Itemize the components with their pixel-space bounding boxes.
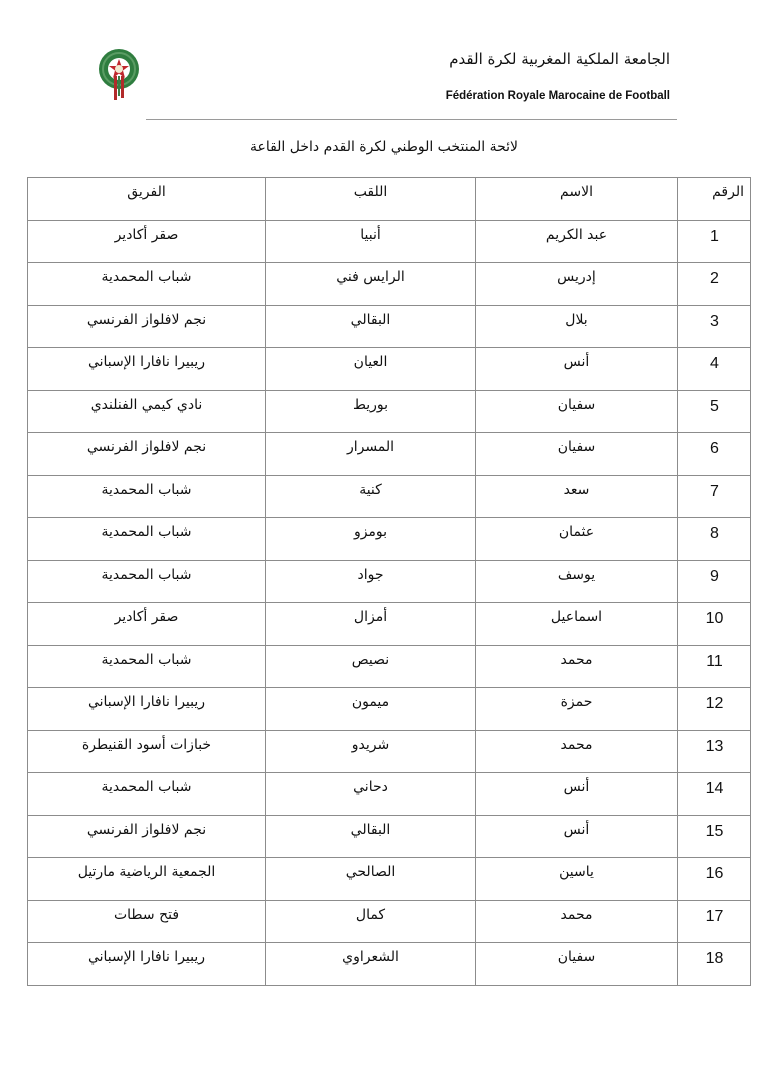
cell-number: 8	[678, 518, 751, 561]
cell-team: شباب المحمدية	[28, 645, 266, 688]
cell-first-name: عثمان	[476, 518, 678, 561]
cell-team: صقر أكادير	[28, 603, 266, 646]
cell-first-name: أنس	[476, 348, 678, 391]
cell-last-name: شريدو	[266, 730, 476, 773]
cell-last-name: الصالحي	[266, 858, 476, 901]
cell-number: 12	[678, 688, 751, 731]
cell-number: 13	[678, 730, 751, 773]
cell-number: 17	[678, 900, 751, 943]
cell-first-name: أنس	[476, 815, 678, 858]
cell-last-name: نصيص	[266, 645, 476, 688]
cell-first-name: سفيان	[476, 433, 678, 476]
cell-team: نجم لافلواز الفرنسي	[28, 305, 266, 348]
federation-name-arabic: الجامعة الملكية المغربية لكرة القدم	[449, 50, 670, 68]
cell-number: 1	[678, 220, 751, 263]
cell-number: 7	[678, 475, 751, 518]
cell-team: ريبيرا نافارا الإسباني	[28, 943, 266, 986]
cell-first-name: بلال	[476, 305, 678, 348]
table-row: 15أنسالبقالينجم لافلواز الفرنسي	[28, 815, 751, 858]
cell-number: 11	[678, 645, 751, 688]
cell-number: 9	[678, 560, 751, 603]
cell-team: شباب المحمدية	[28, 475, 266, 518]
cell-number: 15	[678, 815, 751, 858]
header-first-name: الاسم	[476, 178, 678, 221]
cell-team: الجمعية الرياضية مارتيل	[28, 858, 266, 901]
cell-first-name: ياسين	[476, 858, 678, 901]
table-row: 17محمدكمالفتح سطات	[28, 900, 751, 943]
cell-team: شباب المحمدية	[28, 518, 266, 561]
table-row: 6سفيانالمسرارنجم لافلواز الفرنسي	[28, 433, 751, 476]
cell-team: فتح سطات	[28, 900, 266, 943]
cell-number: 3	[678, 305, 751, 348]
table-row: 16ياسينالصالحيالجمعية الرياضية مارتيل	[28, 858, 751, 901]
cell-last-name: أنبيا	[266, 220, 476, 263]
table-row: 13محمدشريدوخبازات أسود القنيطرة	[28, 730, 751, 773]
table-row: 9يوسفجوادشباب المحمدية	[28, 560, 751, 603]
cell-first-name: اسماعيل	[476, 603, 678, 646]
cell-last-name: بومزو	[266, 518, 476, 561]
cell-team: نجم لافلواز الفرنسي	[28, 433, 266, 476]
cell-first-name: محمد	[476, 900, 678, 943]
table-row: 4أنسالعيانريبيرا نافارا الإسباني	[28, 348, 751, 391]
cell-first-name: سفيان	[476, 943, 678, 986]
cell-team: صقر أكادير	[28, 220, 266, 263]
cell-number: 6	[678, 433, 751, 476]
table-row: 1عبد الكريمأنبياصقر أكادير	[28, 220, 751, 263]
cell-last-name: المسرار	[266, 433, 476, 476]
cell-number: 4	[678, 348, 751, 391]
cell-team: نجم لافلواز الفرنسي	[28, 815, 266, 858]
cell-first-name: أنس	[476, 773, 678, 816]
cell-last-name: كنية	[266, 475, 476, 518]
table-row: 8عثمانبومزوشباب المحمدية	[28, 518, 751, 561]
table-row: 18سفيانالشعراويريبيرا نافارا الإسباني	[28, 943, 751, 986]
cell-last-name: كمال	[266, 900, 476, 943]
table-row: 7سعدكنيةشباب المحمدية	[28, 475, 751, 518]
header-team: الفريق	[28, 178, 266, 221]
table-row: 2إدريسالرايس فنيشباب المحمدية	[28, 263, 751, 306]
cell-first-name: إدريس	[476, 263, 678, 306]
cell-number: 5	[678, 390, 751, 433]
table-row: 14أنسدحانيشباب المحمدية	[28, 773, 751, 816]
cell-first-name: محمد	[476, 645, 678, 688]
cell-last-name: البقالي	[266, 305, 476, 348]
cell-last-name: الرايس فني	[266, 263, 476, 306]
cell-first-name: يوسف	[476, 560, 678, 603]
table-row: 11محمدنصيصشباب المحمدية	[28, 645, 751, 688]
cell-team: ريبيرا نافارا الإسباني	[28, 688, 266, 731]
federation-name-french: Fédération Royale Marocaine de Football	[446, 90, 670, 102]
cell-number: 2	[678, 263, 751, 306]
cell-number: 14	[678, 773, 751, 816]
cell-number: 10	[678, 603, 751, 646]
cell-team: شباب المحمدية	[28, 263, 266, 306]
cell-last-name: دحاني	[266, 773, 476, 816]
cell-first-name: عبد الكريم	[476, 220, 678, 263]
cell-first-name: حمزة	[476, 688, 678, 731]
document-title: لائحة المنتخب الوطني لكرة القدم داخل الق…	[0, 139, 768, 155]
cell-last-name: العيان	[266, 348, 476, 391]
cell-last-name: ميمون	[266, 688, 476, 731]
cell-last-name: جواد	[266, 560, 476, 603]
cell-number: 18	[678, 943, 751, 986]
table-row: 5سفيانبوريطنادي كيمي الفنلندي	[28, 390, 751, 433]
cell-number: 16	[678, 858, 751, 901]
header-divider	[146, 119, 677, 120]
cell-last-name: البقالي	[266, 815, 476, 858]
cell-team: ريبيرا نافارا الإسباني	[28, 348, 266, 391]
table-header-row: الرقم الاسم اللقب الفريق	[28, 178, 751, 221]
header-last-name: اللقب	[266, 178, 476, 221]
header-number: الرقم	[678, 178, 751, 221]
squad-table: الرقم الاسم اللقب الفريق 1عبد الكريمأنبي…	[27, 177, 751, 986]
table-row: 10اسماعيلأمزالصقر أكادير	[28, 603, 751, 646]
cell-first-name: محمد	[476, 730, 678, 773]
cell-last-name: أمزال	[266, 603, 476, 646]
table-row: 12حمزةميمونريبيرا نافارا الإسباني	[28, 688, 751, 731]
cell-team: شباب المحمدية	[28, 773, 266, 816]
cell-team: شباب المحمدية	[28, 560, 266, 603]
cell-first-name: سعد	[476, 475, 678, 518]
cell-team: خبازات أسود القنيطرة	[28, 730, 266, 773]
table-row: 3بلالالبقالينجم لافلواز الفرنسي	[28, 305, 751, 348]
cell-last-name: بوريط	[266, 390, 476, 433]
table-body: 1عبد الكريمأنبياصقر أكادير2إدريسالرايس ف…	[28, 220, 751, 986]
frmf-crest-logo-icon	[98, 48, 140, 102]
cell-last-name: الشعراوي	[266, 943, 476, 986]
cell-first-name: سفيان	[476, 390, 678, 433]
cell-team: نادي كيمي الفنلندي	[28, 390, 266, 433]
